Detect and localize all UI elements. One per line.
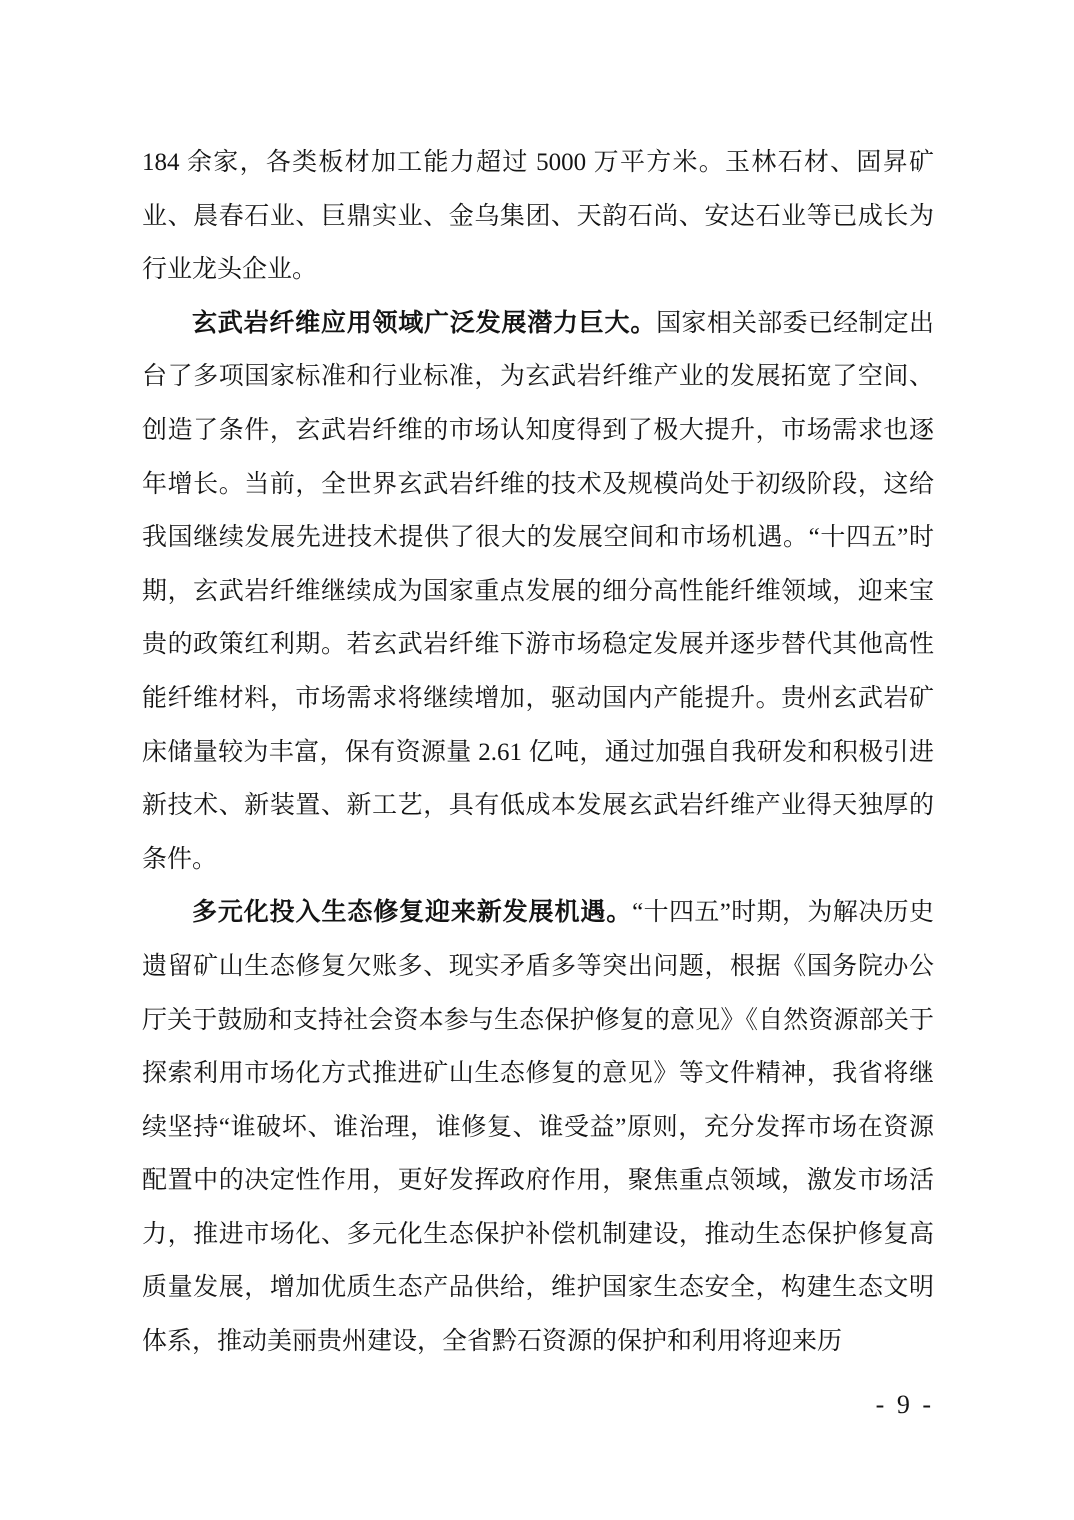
document-page: 184 余家，各类板材加工能力超过 5000 万平方米。玉林石材、固昇矿业、晨春…: [0, 0, 1074, 1520]
paragraph-lead: 玄武岩纤维应用领域广泛发展潜力巨大。: [192, 309, 656, 337]
paragraph-text: 184 余家，各类板材加工能力超过 5000 万平方米。玉林石材、固昇矿业、晨春…: [142, 149, 934, 283]
document-body: 184 余家，各类板材加工能力超过 5000 万平方米。玉林石材、固昇矿业、晨春…: [142, 136, 934, 1369]
paragraph-lead: 多元化投入生态修复迎来新发展机遇。: [192, 898, 632, 926]
paragraph-continuation: 184 余家，各类板材加工能力超过 5000 万平方米。玉林石材、固昇矿业、晨春…: [142, 136, 934, 297]
page-number: - 9 -: [876, 1390, 934, 1420]
paragraph-text: “十四五”时期，为解决历史遗留矿山生态修复欠账多、现实矛盾多等突出问题，根据《国…: [142, 899, 934, 1355]
paragraph-basalt-fiber: 玄武岩纤维应用领域广泛发展潜力巨大。国家相关部委已经制定出台了多项国家标准和行业…: [142, 297, 934, 887]
paragraph-eco-restoration: 多元化投入生态修复迎来新发展机遇。“十四五”时期，为解决历史遗留矿山生态修复欠账…: [142, 886, 934, 1368]
paragraph-text: 国家相关部委已经制定出台了多项国家标准和行业标准，为玄武岩纤维产业的发展拓宽了空…: [142, 310, 934, 873]
